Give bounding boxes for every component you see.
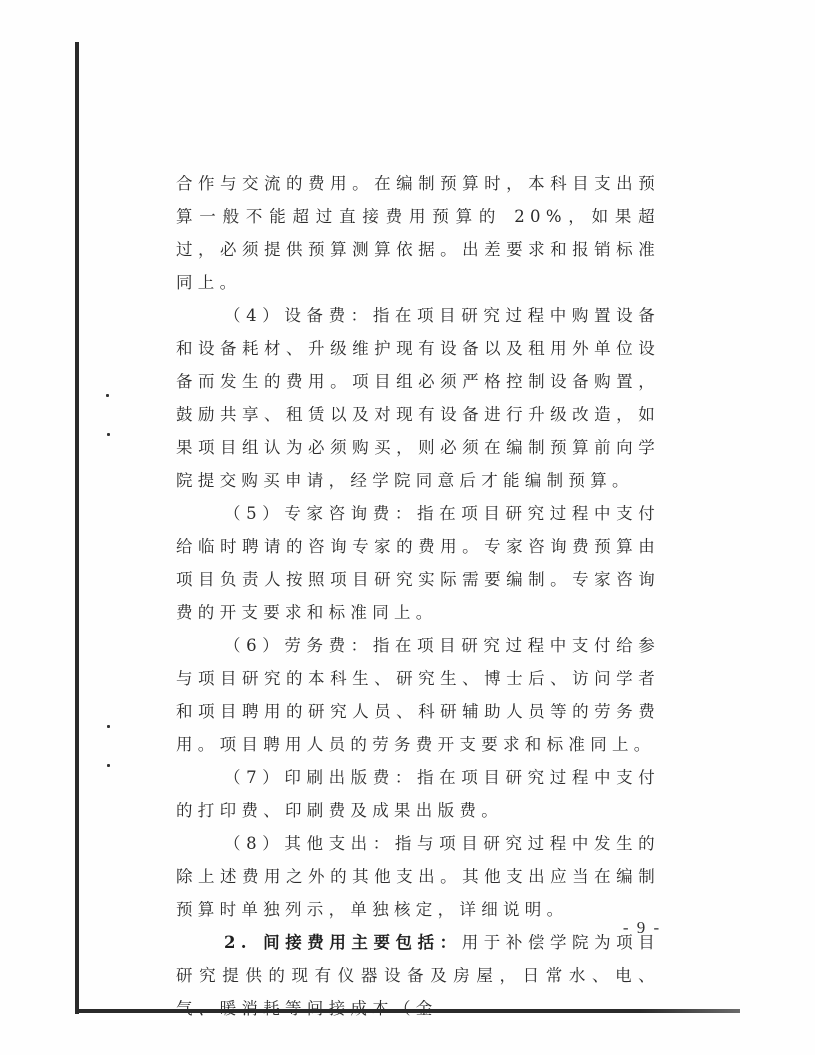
paragraph-text: 指在项目研究过程中购置设备和设备耗材、升级维护现有设备以及租用外单位设备而发生的… [176,306,660,490]
binding-hole-mark [107,433,110,436]
paragraph-expert-consulting-fee: （5）专家咨询费：指在项目研究过程中支付给临时聘请的咨询专家的费用。专家咨询费预… [176,497,660,629]
item-label: （8）其他支出： [224,834,395,853]
paragraph-printing-publishing-fee: （7）印刷出版费：指在项目研究过程中支付的打印费、印刷费及成果出版费。 [176,761,660,827]
paragraph-indirect-costs: 2. 间接费用主要包括：用于补偿学院为项目研究提供的现有仪器设备及房屋，日常水、… [176,926,660,1025]
binding-hole-mark [107,764,110,767]
page-number: - 9 - [612,918,672,938]
item-label: （5）专家咨询费： [224,504,417,523]
scan-edge-left [75,42,79,1014]
paragraph-intl-exchange-continuation: 合作与交流的费用。在编制预算时，本科目支出预算一般不能超过直接费用预算的 20%… [176,167,660,299]
paragraph-equipment-fee: （4）设备费：指在项目研究过程中购置设备和设备耗材、升级维护现有设备以及租用外单… [176,299,660,497]
paragraph-text: 合作与交流的费用。在编制预算时，本科目支出预算一般不能超过直接费用预算的 20%… [176,174,660,292]
item-label: （6）劳务费： [224,636,373,655]
document-body: 合作与交流的费用。在编制预算时，本科目支出预算一般不能超过直接费用预算的 20%… [176,167,660,1025]
binding-hole-mark [107,725,110,728]
paragraph-other-expenses: （8）其他支出：指与项目研究过程中发生的除上述费用之外的其他支出。其他支出应当在… [176,827,660,926]
binding-hole-mark [106,394,109,397]
item-label: （4）设备费： [224,306,373,325]
item-label: （7）印刷出版费： [224,768,417,787]
section-heading: 2. 间接费用主要包括： [224,933,462,952]
paragraph-labor-fee: （6）劳务费：指在项目研究过程中支付给参与项目研究的本科生、研究生、博士后、访问… [176,629,660,761]
